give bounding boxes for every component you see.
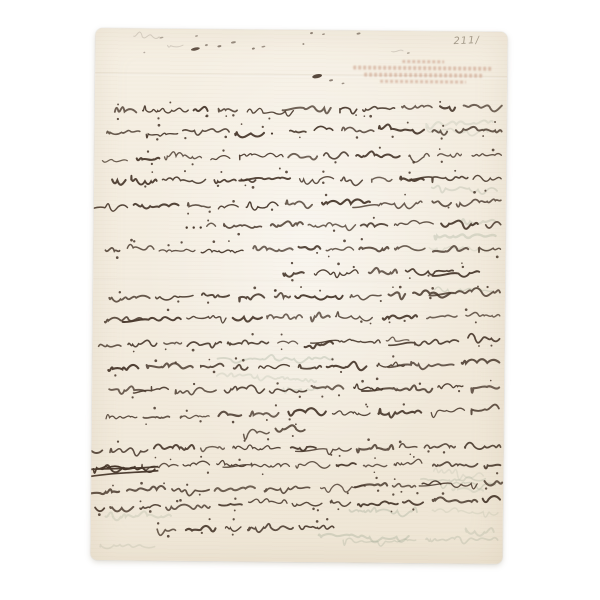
- bleedthrough-mark: [217, 373, 317, 382]
- diacritic-dot: [98, 513, 101, 516]
- diacritic-dot: [360, 320, 363, 323]
- handwriting-word: [424, 444, 455, 448]
- diacritic-dot: [170, 459, 172, 461]
- handwriting-word: [311, 339, 381, 344]
- ink-speck: [341, 82, 344, 84]
- handwriting-word: [137, 158, 160, 160]
- diacritic-dot: [356, 136, 359, 139]
- handwriting-layer: [90, 28, 507, 564]
- handwriting-word: [201, 364, 224, 368]
- diacritic-dot: [147, 150, 149, 152]
- bleedthrough-mark: [426, 537, 498, 544]
- diacritic-dot: [186, 410, 188, 412]
- handwriting-word: [288, 408, 326, 416]
- diacritic-dot: [207, 302, 209, 304]
- diacritic-dot: [367, 438, 370, 441]
- diacritic-dot: [266, 419, 268, 421]
- handwriting-word: [472, 153, 501, 156]
- diacritic-dot: [144, 185, 146, 187]
- diacritic-dot: [353, 266, 355, 268]
- handwriting-word: [386, 337, 409, 342]
- handwriting-word: [324, 152, 349, 159]
- handwriting-stroke: [432, 508, 498, 518]
- handwriting-stroke: [101, 453, 501, 476]
- handwriting-word: [164, 151, 201, 159]
- handwriting-word: [224, 224, 262, 229]
- handwriting-stroke: [106, 401, 499, 426]
- handwriting-word: [292, 502, 322, 506]
- handwriting-word: [241, 179, 255, 182]
- handwriting-word: [143, 105, 189, 113]
- handwriting-word: [462, 359, 500, 364]
- diacritic-dot: [375, 477, 377, 479]
- handwriting-word: [355, 483, 387, 487]
- handwriting-stroke: [95, 490, 500, 518]
- diacritic-dot: [157, 117, 159, 119]
- handwriting-word: [336, 312, 373, 322]
- diacritic-dot: [232, 114, 235, 117]
- handwriting-word: [336, 463, 356, 466]
- handwriting-word: [299, 365, 322, 369]
- handwriting-word: [90, 203, 127, 211]
- diacritic-dot: [482, 135, 484, 137]
- diacritic-dot: [201, 532, 203, 534]
- diacritic-dot: [133, 240, 135, 242]
- bleedthrough-mark: [106, 511, 171, 521]
- handwriting-word: [267, 314, 302, 319]
- handwriting-stroke: [426, 537, 498, 544]
- handwriting-word: [483, 496, 500, 502]
- handwriting-word: [107, 130, 140, 134]
- handwriting-word: [429, 288, 500, 297]
- handwriting-word: [468, 333, 500, 342]
- diacritic-dot: [392, 286, 394, 288]
- handwriting-word: [409, 154, 429, 163]
- diacritic-dot: [364, 115, 366, 117]
- diacritic-dot: [443, 451, 445, 453]
- bleedthrough-mark: [432, 186, 497, 194]
- handwriting-word: [327, 362, 367, 371]
- handwriting-word: [218, 205, 238, 209]
- bleedthrough-mark: [100, 544, 154, 549]
- bleedthrough-mark: [218, 355, 333, 364]
- handwriting-word: [361, 223, 388, 227]
- diacritic-dot: [158, 124, 161, 127]
- handwriting-stroke: [115, 96, 502, 122]
- handwriting-word: [357, 445, 394, 453]
- diacritic-dot: [477, 286, 479, 288]
- handwriting-word: [438, 153, 462, 157]
- diacritic-dot: [149, 510, 152, 513]
- handwriting-stroke: [109, 284, 500, 304]
- handwriting-word: [246, 201, 278, 210]
- diacritic-dot: [119, 291, 121, 293]
- handwriting-word: [372, 177, 392, 182]
- handwriting-word: [322, 199, 370, 204]
- handwriting-word: [234, 365, 248, 370]
- handwriting-word: [471, 386, 499, 393]
- handwriting-stroke: [218, 355, 333, 364]
- diacritic-dot: [490, 345, 492, 347]
- diacritic-dot: [192, 349, 195, 352]
- diacritic-dot: [209, 359, 211, 361]
- handwriting-word: [486, 222, 501, 228]
- handwriting-word: [225, 527, 241, 532]
- diacritic-dot: [262, 126, 264, 128]
- diacritic-dot: [379, 147, 381, 149]
- handwriting-word: [466, 312, 500, 317]
- ink-speck: [191, 47, 200, 52]
- diacritic-dot: [361, 380, 364, 383]
- diacritic-dot: [441, 161, 443, 163]
- handwriting-word: [156, 295, 193, 300]
- diacritic-dot: [334, 161, 336, 163]
- handwriting-stroke: [432, 186, 497, 194]
- diacritic-dot: [199, 494, 201, 496]
- diacritic-dot: [209, 518, 211, 520]
- diacritic-dot: [409, 453, 411, 455]
- diacritic-dot: [208, 211, 210, 213]
- diacritic-dot: [130, 239, 133, 242]
- diacritic-dot: [427, 450, 429, 452]
- ellipsis-dot: [186, 226, 188, 228]
- diacritic-dot: [300, 286, 302, 288]
- handwriting-word: [378, 408, 421, 418]
- diacritic-dot: [156, 138, 158, 140]
- diacritic-dot: [325, 194, 328, 197]
- diacritic-dot: [355, 114, 357, 116]
- strikethrough-line: [90, 471, 158, 477]
- handwriting-word: [187, 316, 226, 324]
- handwriting-stroke: [90, 436, 500, 459]
- bleedthrough-mark: [432, 508, 498, 518]
- handwriting-word: [140, 505, 160, 510]
- diacritic-dot: [167, 309, 170, 312]
- bleedthrough-mark: [421, 477, 485, 482]
- handwriting-word: [194, 107, 208, 111]
- handwriting-word: [240, 153, 284, 160]
- diacritic-dot: [151, 171, 153, 173]
- handwriting-word: [164, 342, 182, 344]
- diacritic-dot: [461, 262, 463, 264]
- handwriting-stroke: [105, 236, 500, 260]
- handwriting-word: [228, 340, 269, 345]
- diacritic-dot: [177, 300, 179, 302]
- handwriting-word: [109, 296, 149, 302]
- ellipsis-dot: [200, 226, 202, 228]
- manuscript-page: 211/: [90, 28, 507, 564]
- ink-speck: [261, 46, 265, 48]
- handwriting-word: [127, 244, 154, 250]
- diacritic-dot: [485, 487, 487, 489]
- handwriting-word: [484, 465, 500, 469]
- diacritic-dot: [291, 279, 294, 282]
- handwriting-word: [479, 248, 501, 253]
- handwriting-word: [342, 127, 374, 132]
- diacritic-dot: [399, 440, 402, 443]
- diacritic-dot: [117, 103, 119, 105]
- handwriting-stroke: [433, 468, 483, 480]
- diacritic-dot: [492, 149, 495, 152]
- diacritic-dot: [299, 137, 301, 139]
- handwriting-word: [433, 462, 478, 467]
- diacritic-dot: [369, 115, 372, 118]
- handwriting-stroke: [167, 45, 183, 48]
- diacritic-dot: [112, 485, 114, 487]
- diacritic-dot: [404, 194, 406, 196]
- handwriting-word: [201, 249, 243, 253]
- handwriting-word: [299, 246, 321, 250]
- diacritic-dot: [237, 233, 240, 236]
- handwriting-word: [102, 159, 127, 162]
- diacritic-dot: [454, 170, 456, 172]
- handwriting-word: [389, 292, 406, 299]
- diacritic-dot: [253, 286, 256, 289]
- diacritic-dot: [399, 286, 402, 289]
- handwriting-stroke: [426, 120, 492, 129]
- diacritic-dot: [167, 535, 170, 538]
- diacritic-dot: [252, 186, 255, 189]
- diacritic-dot: [220, 171, 222, 173]
- diacritic-dot: [233, 518, 235, 520]
- handwriting-word: [395, 246, 425, 251]
- handwriting-stroke: [157, 517, 334, 538]
- handwriting-word: [183, 461, 209, 466]
- handwriting-word: [432, 130, 447, 135]
- handwriting-stroke: [349, 507, 417, 517]
- handwriting-word: [180, 415, 209, 418]
- handwriting-word: [211, 156, 230, 160]
- handwriting-word: [110, 507, 133, 512]
- bleedthrough-mark: [466, 528, 494, 536]
- diacritic-dot: [343, 240, 346, 243]
- handwriting-word: [300, 177, 334, 185]
- diacritic-dot: [140, 500, 142, 502]
- diacritic-dot: [241, 123, 243, 125]
- handwriting-word: [250, 411, 279, 417]
- diacritic-dot: [448, 207, 450, 209]
- handwriting-word: [235, 132, 264, 137]
- handwriting-word: [290, 130, 306, 132]
- handwriting-word: [143, 416, 169, 418]
- diacritic-dot: [490, 380, 492, 382]
- handwriting-stroke: [98, 330, 499, 353]
- handwriting-stroke: [421, 477, 485, 482]
- diacritic-dot: [186, 484, 188, 486]
- diacritic-dot: [427, 275, 429, 277]
- handwriting-word: [438, 384, 463, 389]
- diacritic-dot: [366, 406, 368, 408]
- ink-speck: [329, 79, 333, 82]
- handwriting-stroke: [283, 259, 479, 281]
- handwriting-word: [433, 497, 478, 503]
- handwriting-word: [95, 507, 104, 511]
- handwriting-word: [350, 295, 381, 300]
- pencil-smudge: [391, 50, 403, 52]
- ink-speck: [195, 35, 198, 37]
- handwriting-word: [172, 488, 209, 496]
- handwriting-word: [363, 464, 386, 466]
- handwriting-word: [108, 365, 138, 371]
- diacritic-dot: [179, 499, 182, 502]
- diacritic-dot: [312, 507, 315, 510]
- diacritic-dot: [330, 454, 332, 456]
- handwriting-word: [159, 249, 195, 252]
- diacritic-dot: [279, 168, 281, 170]
- handwriting-word: [275, 425, 304, 432]
- handwriting-word: [311, 312, 330, 321]
- handwriting-word: [264, 486, 309, 493]
- diacritic-dot: [439, 101, 441, 103]
- handwriting-word: [188, 202, 210, 207]
- handwriting-word: [249, 498, 287, 503]
- handwriting-word: [219, 108, 238, 112]
- ink-speck: [407, 52, 410, 54]
- handwriting-word: [340, 107, 357, 114]
- handwriting-word: [99, 344, 121, 347]
- handwriting-word: [356, 151, 400, 158]
- handwriting-stroke: [112, 166, 501, 190]
- handwriting-word: [471, 405, 499, 415]
- diacritic-dot: [222, 149, 224, 151]
- handwriting-word: [330, 500, 350, 507]
- diacritic-dot: [244, 440, 246, 442]
- handwriting-word: [134, 203, 179, 209]
- diacritic-dot: [407, 122, 409, 124]
- handwriting-word: [271, 221, 303, 227]
- diacritic-dot: [155, 457, 157, 459]
- handwriting-word: [162, 177, 205, 184]
- handwriting-stroke: [185, 216, 500, 236]
- handwriting-word: [392, 483, 415, 487]
- handwriting-word: [187, 342, 221, 348]
- diacritic-dot: [157, 522, 159, 524]
- handwriting-word: [146, 133, 177, 138]
- handwriting-word: [363, 106, 395, 111]
- handwriting-stroke: [106, 511, 171, 521]
- ink-speck: [356, 32, 360, 35]
- diacritic-dot: [494, 121, 496, 123]
- diacritic-dot: [322, 170, 324, 172]
- diacritic-dot: [251, 333, 253, 335]
- handwriting-word: [278, 341, 298, 344]
- diacritic-dot: [431, 287, 434, 290]
- diacritic-dot: [400, 491, 402, 493]
- diacritic-dot: [228, 240, 230, 242]
- diacritic-dot: [267, 438, 269, 440]
- ink-speck: [217, 45, 221, 48]
- diacritic-dot: [180, 241, 182, 243]
- handwriting-word: [248, 524, 293, 533]
- handwriting-word: [427, 315, 457, 318]
- handwriting-word: [431, 408, 464, 417]
- handwriting-word: [359, 247, 388, 251]
- diacritic-dot: [328, 256, 330, 258]
- handwriting-word: [295, 295, 343, 300]
- handwriting-word: [400, 176, 424, 181]
- handwriting-word: [341, 177, 363, 186]
- handwriting-stroke: [466, 528, 494, 536]
- diacritic-dot: [268, 118, 270, 120]
- diacritic-dot: [117, 118, 119, 120]
- diacritic-dot: [132, 396, 134, 398]
- handwriting-stroke: [217, 373, 317, 382]
- handwriting-word: [283, 106, 331, 114]
- diacritic-dot: [207, 219, 209, 221]
- diacritic-dot: [232, 421, 235, 424]
- ink-speck: [310, 32, 313, 35]
- diacritic-dot: [496, 472, 498, 474]
- diacritic-dot: [232, 200, 235, 203]
- handwriting-word: [218, 411, 241, 416]
- diacritic-dot: [285, 171, 288, 174]
- handwriting-stroke: [435, 234, 496, 239]
- handwriting-word: [283, 272, 304, 277]
- handwriting-word: [286, 200, 313, 209]
- handwriting-word: [128, 340, 157, 347]
- diacritic-dot: [145, 423, 147, 425]
- ink-speck: [159, 37, 163, 39]
- diacritic-dot: [429, 297, 432, 300]
- handwriting-word: [233, 317, 262, 322]
- handwriting-word: [90, 450, 102, 453]
- diacritic-dot: [217, 185, 219, 187]
- diacritic-dot: [235, 357, 237, 359]
- diacritic-dot: [295, 423, 297, 425]
- diacritic-dot: [403, 320, 405, 322]
- handwriting-word: [115, 107, 136, 113]
- diacritic-dot: [165, 348, 167, 350]
- diacritic-dot: [187, 213, 189, 215]
- diacritic-dot: [496, 255, 499, 258]
- diacritic-dot: [153, 407, 156, 410]
- handwriting-word: [389, 339, 459, 346]
- handwriting-word: [456, 199, 501, 207]
- diacritic-dot: [245, 185, 247, 187]
- handwriting-word: [259, 365, 290, 369]
- handwriting-stroke: [133, 32, 159, 38]
- diacritic-dot: [184, 170, 186, 172]
- diacritic-dot: [234, 498, 236, 500]
- diacritic-dot: [116, 256, 119, 259]
- diacritic-dot: [224, 136, 227, 139]
- diacritic-dot: [408, 171, 410, 173]
- diacritic-dot: [339, 455, 341, 457]
- handwriting-word: [214, 180, 236, 184]
- handwriting-word: [485, 481, 503, 486]
- handwriting-word: [399, 444, 416, 448]
- handwriting-word: [296, 461, 330, 468]
- handwriting-word: [464, 104, 502, 111]
- handwriting-stroke: [108, 354, 499, 377]
- diacritic-dot: [337, 263, 340, 266]
- handwriting-word: [105, 248, 119, 252]
- handwriting-word: [239, 294, 264, 301]
- handwriting-word: [402, 105, 432, 109]
- diacritic-dot: [192, 163, 194, 165]
- diacritic-dot: [442, 125, 444, 127]
- handwriting-word: [432, 201, 451, 207]
- handwriting-stroke: [102, 145, 501, 168]
- diacritic-dot: [394, 478, 396, 480]
- handwriting-word: [299, 525, 334, 529]
- bleedthrough-mark: [426, 120, 492, 129]
- handwriting-word: [394, 459, 422, 465]
- handwriting-word: [233, 445, 280, 450]
- diacritic-dot: [392, 493, 394, 495]
- bleedthrough-mark: [349, 507, 417, 517]
- diacritic-dot: [163, 482, 165, 484]
